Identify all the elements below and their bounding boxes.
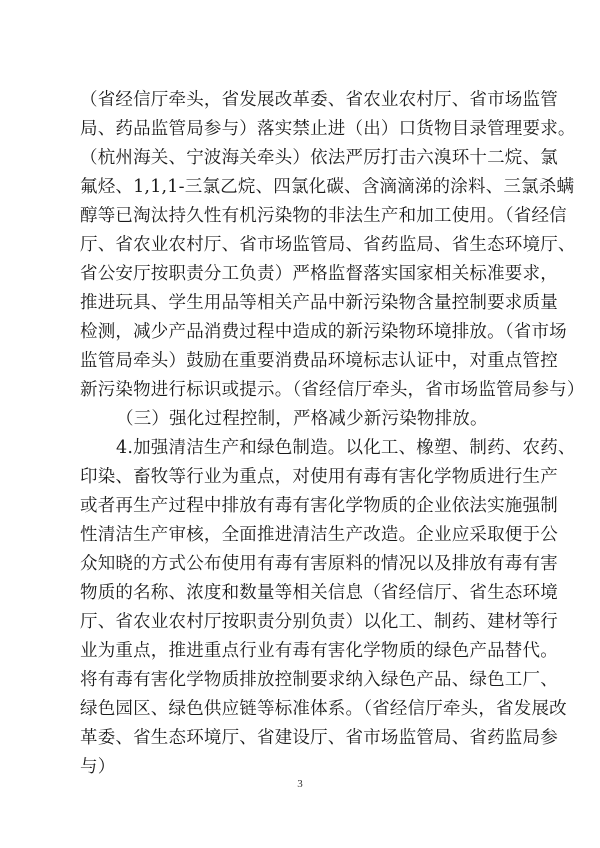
paragraph-line: 或者再生产过程中排放有毒有害化学物质的企业依法实施强制 bbox=[80, 492, 538, 521]
text-line: 新污染物进行标识或提示。（省经信厅牵头，省市场监管局参与） bbox=[80, 376, 538, 405]
text-line: 醇等已淘汰持久性有机污染物的非法生产和加工使用。（省经信 bbox=[80, 202, 538, 231]
text-line: 局、药品监管局参与）落实禁止进（出）口货物目录管理要求。 bbox=[80, 115, 538, 144]
paragraph-line: 性清洁生产审核，全面推进清洁生产改造。企业应采取便于公 bbox=[80, 521, 538, 550]
body-text: （省经信厅牵头，省发展改革委、省农业农村厅、省市场监管 局、药品监管局参与）落实… bbox=[80, 86, 538, 782]
paragraph-line: 业为重点，推进重点行业有毒有害化学物质的绿色产品替代。 bbox=[80, 637, 538, 666]
text-line: 氟烃、1,1,1-三氯乙烷、四氯化碳、含滴滴涕的涂料、三氯杀螨 bbox=[80, 173, 538, 202]
paragraph-line: 厅、省农业农村厅按职责分别负责）以化工、制药、建材等行 bbox=[80, 608, 538, 637]
paragraph-line: 物质的名称、浓度和数量等相关信息（省经信厅、省生态环境 bbox=[80, 579, 538, 608]
paragraph-line: 印染、畜牧等行业为重点，对使用有毒有害化学物质进行生产 bbox=[80, 463, 538, 492]
text-line: 厅、省农业农村厅、省市场监管局、省药监局、省生态环境厅、 bbox=[80, 231, 538, 260]
paragraph-line: 4.加强清洁生产和绿色制造。以化工、橡塑、制药、农药、 bbox=[80, 434, 538, 463]
text-line: （杭州海关、宁波海关牵头）依法严厉打击六溴环十二烷、氯 bbox=[80, 144, 538, 173]
paragraph-line: 革委、省生态环境厅、省建设厅、省市场监管局、省药监局参 bbox=[80, 724, 538, 753]
text-line: 省公安厅按职责分工负责）严格监督落实国家相关标准要求， bbox=[80, 260, 538, 289]
text-line: 监管局牵头）鼓励在重要消费品环境标志认证中，对重点管控 bbox=[80, 347, 538, 376]
text-line: （省经信厅牵头，省发展改革委、省农业农村厅、省市场监管 bbox=[80, 86, 538, 115]
page-number: 3 bbox=[0, 778, 600, 790]
document-page: （省经信厅牵头，省发展改革委、省农业农村厅、省市场监管 局、药品监管局参与）落实… bbox=[0, 0, 600, 848]
section-heading: （三）强化过程控制，严格减少新污染物排放。 bbox=[80, 405, 538, 434]
text-line: 检测，减少产品消费过程中造成的新污染物环境排放。（省市场 bbox=[80, 318, 538, 347]
paragraph-line: 绿色园区、绿色供应链等标准体系。（省经信厅牵头，省发展改 bbox=[80, 695, 538, 724]
paragraph-line: 将有毒有害化学物质排放控制要求纳入绿色产品、绿色工厂、 bbox=[80, 666, 538, 695]
text-line: 推进玩具、学生用品等相关产品中新污染物含量控制要求质量 bbox=[80, 289, 538, 318]
paragraph-line: 众知晓的方式公布使用有毒有害原料的情况以及排放有毒有害 bbox=[80, 550, 538, 579]
